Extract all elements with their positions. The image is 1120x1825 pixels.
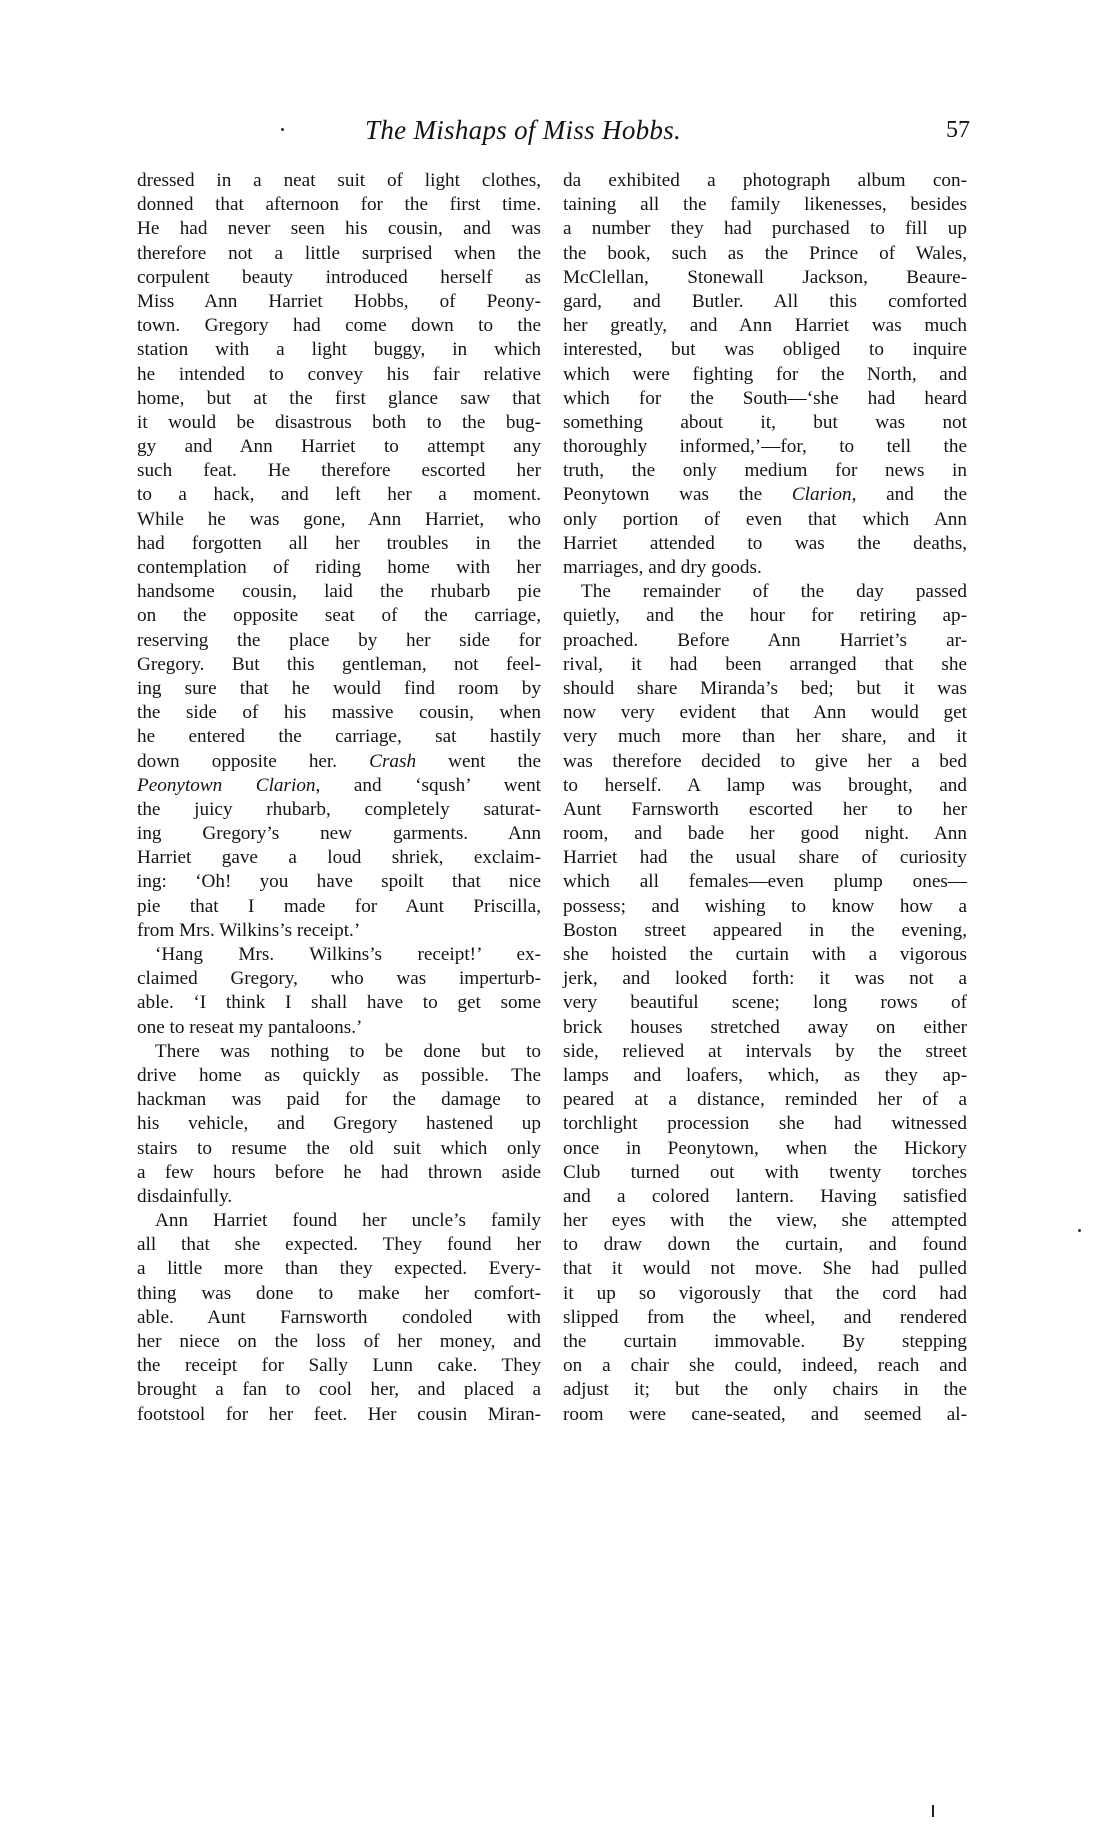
line-text: rival, it had been arranged that she — [563, 654, 967, 675]
line-text: her eyes with the view, she attempted — [563, 1210, 967, 1231]
text-line: quietly, and the hour for retiring ap- — [563, 604, 967, 628]
line-text: While he was gone, Ann Harriet, who — [137, 509, 541, 530]
line-text: ing: ‘Oh! you have spoilt that nice — [137, 871, 541, 892]
text-line: thing was done to make her comfort- — [137, 1282, 541, 1306]
line-text: able. Aunt Farnsworth condoled with — [137, 1307, 541, 1328]
text-line: ing sure that he would find room by — [137, 677, 541, 701]
text-line: his vehicle, and Gregory hastened up — [137, 1112, 541, 1136]
line-text: once in Peonytown, when the Hickory — [563, 1138, 967, 1159]
line-text: which for the South—‘she had heard — [563, 388, 967, 409]
text-line: her niece on the loss of her money, and — [137, 1330, 541, 1354]
line-text: , and the — [852, 484, 967, 505]
text-line: truth, the only medium for news in — [563, 459, 967, 483]
line-text: marriages, and dry goods. — [563, 557, 762, 578]
line-text: had forgotten all her troubles in the — [137, 533, 541, 554]
text-line: town. Gregory had come down to the — [137, 314, 541, 338]
line-text: corpulent beauty introduced herself as — [137, 267, 541, 288]
line-text: on the opposite seat of the carriage, — [137, 605, 541, 626]
line-text: slipped from the wheel, and rendered — [563, 1307, 967, 1328]
text-line: very much more than her share, and it — [563, 725, 967, 749]
text-line: contemplation of riding home with her — [137, 556, 541, 580]
line-text: , and ‘sqush’ went — [316, 775, 542, 796]
line-text: Club turned out with twenty torches — [563, 1162, 967, 1183]
line-text: hackman was paid for the damage to — [137, 1089, 541, 1110]
line-text: which all females—even plump ones— — [563, 871, 967, 892]
line-text: now very evident that Ann would get — [563, 702, 967, 723]
line-text: which were fighting for the North, and — [563, 364, 967, 385]
text-line: something about it, but was not — [563, 411, 967, 435]
text-line: station with a light buggy, in which — [137, 338, 541, 362]
text-line: Gregory. But this gentleman, not feel- — [137, 653, 541, 677]
line-text: lamps and loafers, which, as they ap- — [563, 1065, 967, 1086]
line-text: thing was done to make her comfort- — [137, 1283, 541, 1304]
text-line: adjust it; but the only chairs in the — [563, 1378, 967, 1402]
text-line: the curtain immovable. By stepping — [563, 1330, 967, 1354]
line-text: He had never seen his cousin, and was — [137, 218, 541, 239]
italic-title: Clarion — [792, 484, 852, 505]
text-line: to a hack, and left her a moment. — [137, 483, 541, 507]
line-text: all that she expected. They found her — [137, 1234, 541, 1255]
line-text: McClellan, Stonewall Jackson, Beaure- — [563, 267, 967, 288]
line-text: was therefore decided to give her a bed — [563, 751, 967, 772]
line-text: went the — [416, 751, 541, 772]
line-text: room were cane-seated, and seemed al- — [563, 1404, 967, 1425]
line-text: one to reseat my pantaloons.’ — [137, 1017, 362, 1038]
line-text: taining all the family likenesses, besid… — [563, 194, 967, 215]
text-line: which all females—even plump ones— — [563, 870, 967, 894]
text-line: the side of his massive cousin, when — [137, 701, 541, 725]
line-text: quietly, and the hour for retiring ap- — [563, 605, 967, 626]
line-text: the receipt for Sally Lunn cake. They — [137, 1355, 541, 1376]
line-text: proached. Before Ann Harriet’s ar- — [563, 630, 967, 651]
line-text: the juicy rhubarb, completely saturat- — [137, 799, 541, 820]
text-line: home, but at the first glance saw that — [137, 387, 541, 411]
line-text: disdainfully. — [137, 1186, 232, 1207]
line-text: Harriet had the usual share of curiosity — [563, 847, 967, 868]
line-text: brought a fan to cool her, and placed a — [137, 1379, 541, 1400]
line-text: the book, such as the Prince of Wales, — [563, 243, 967, 264]
line-text: his vehicle, and Gregory hastened up — [137, 1113, 541, 1134]
text-column-left: dressed in a neat suit of light clothes,… — [137, 169, 541, 1427]
line-text: reserving the place by her side for — [137, 630, 541, 651]
line-text: the curtain immovable. By stepping — [563, 1331, 967, 1352]
line-text: Peonytown was the — [563, 484, 792, 505]
line-text: something about it, but was not — [563, 412, 967, 433]
text-line: able. ‘I think I shall have to get some — [137, 991, 541, 1015]
text-line: on the opposite seat of the carriage, — [137, 604, 541, 628]
text-line: interested, but was obliged to inquire — [563, 338, 967, 362]
line-text: contemplation of riding home with her — [137, 557, 541, 578]
text-line: her eyes with the view, she attempted — [563, 1209, 967, 1233]
text-line: dressed in a neat suit of light clothes, — [137, 169, 541, 193]
line-text: stairs to resume the old suit which only — [137, 1138, 541, 1159]
text-line: her greatly, and Ann Harriet was much — [563, 314, 967, 338]
text-line: brought a fan to cool her, and placed a — [137, 1378, 541, 1402]
text-line: reserving the place by her side for — [137, 629, 541, 653]
text-line: da exhibited a photograph album con- — [563, 169, 967, 193]
text-line: now very evident that Ann would get — [563, 701, 967, 725]
text-line: lamps and loafers, which, as they ap- — [563, 1064, 967, 1088]
text-line: pie that I made for Aunt Priscilla, — [137, 895, 541, 919]
line-text: torchlight procession she had witnessed — [563, 1113, 967, 1134]
text-line: jerk, and looked forth: it was not a — [563, 967, 967, 991]
text-line: he intended to convey his fair relative — [137, 363, 541, 387]
line-text: adjust it; but the only chairs in the — [563, 1379, 967, 1400]
line-text: it up so vigorously that the cord had — [563, 1283, 967, 1304]
text-line: corpulent beauty introduced herself as — [137, 266, 541, 290]
line-text: possess; and wishing to know how a — [563, 896, 967, 917]
line-text: on a chair she could, indeed, reach and — [563, 1355, 967, 1376]
text-line: ing: ‘Oh! you have spoilt that nice — [137, 870, 541, 894]
line-text: the side of his massive cousin, when — [137, 702, 541, 723]
line-text: handsome cousin, laid the rhubarb pie — [137, 581, 541, 602]
italic-title: Crash — [369, 751, 416, 772]
text-line: Miss Ann Harriet Hobbs, of Peony- — [137, 290, 541, 314]
text-line: peared at a distance, reminded her of a — [563, 1088, 967, 1112]
line-text: da exhibited a photograph album con- — [563, 170, 967, 191]
page-number: 57 — [946, 112, 970, 148]
text-line: only portion of even that which Ann — [563, 508, 967, 532]
line-text: Harriet gave a loud shriek, exclaim- — [137, 847, 541, 868]
scan-speck — [281, 128, 284, 131]
line-text: to a hack, and left her a moment. — [137, 484, 541, 505]
line-text: gy and Ann Harriet to attempt any — [137, 436, 541, 457]
line-text: able. ‘I think I shall have to get some — [137, 992, 541, 1013]
text-line: taining all the family likenesses, besid… — [563, 193, 967, 217]
text-line: Aunt Farnsworth escorted her to her — [563, 798, 967, 822]
line-text: her niece on the loss of her money, and — [137, 1331, 541, 1352]
line-text: home, but at the first glance saw that — [137, 388, 541, 409]
text-line: donned that afternoon for the first time… — [137, 193, 541, 217]
line-text: claimed Gregory, who was imperturb- — [137, 968, 541, 989]
text-line: side, relieved at intervals by the stree… — [563, 1040, 967, 1064]
line-text: such feat. He therefore escorted her — [137, 460, 541, 481]
text-line: to draw down the curtain, and found — [563, 1233, 967, 1257]
text-line: stairs to resume the old suit which only — [137, 1137, 541, 1161]
text-line: torchlight procession she had witnessed — [563, 1112, 967, 1136]
running-head: The Mishaps of Miss Hobbs. 57 — [0, 112, 1120, 148]
line-text: very much more than her share, and it — [563, 726, 967, 747]
text-line: down opposite her. Crash went the — [137, 750, 541, 774]
text-line: marriages, and dry goods. — [563, 556, 967, 580]
line-text: Harriet attended to was the deaths, — [563, 533, 967, 554]
line-text: from Mrs. Wilkins’s receipt.’ — [137, 920, 360, 941]
text-line: The remainder of the day passed — [563, 580, 967, 604]
line-text: station with a light buggy, in which — [137, 339, 541, 360]
line-text: her greatly, and Ann Harriet was much — [563, 315, 967, 336]
line-text: Gregory. But this gentleman, not feel- — [137, 654, 541, 675]
text-line: disdainfully. — [137, 1185, 541, 1209]
text-line: ‘Hang Mrs. Wilkins’s receipt!’ ex- — [137, 943, 541, 967]
line-text: a few hours before he had thrown aside — [137, 1162, 541, 1183]
text-line: such feat. He therefore escorted her — [137, 459, 541, 483]
line-text: room, and bade her good night. Ann — [563, 823, 967, 844]
line-text: donned that afternoon for the first time… — [137, 194, 541, 215]
line-text: only portion of even that which Ann — [563, 509, 967, 530]
text-line: one to reseat my pantaloons.’ — [137, 1016, 541, 1040]
text-line: it would be disastrous both to the bug- — [137, 411, 541, 435]
text-line: footstool for her feet. Her cousin Miran… — [137, 1403, 541, 1427]
italic-title: Peonytown Clarion — [137, 775, 316, 796]
line-text: truth, the only medium for news in — [563, 460, 967, 481]
text-line: Club turned out with twenty torches — [563, 1161, 967, 1185]
text-line: should share Miranda’s bed; but it was — [563, 677, 967, 701]
text-line: to herself. A lamp was brought, and — [563, 774, 967, 798]
line-text: therefore not a little surprised when th… — [137, 243, 541, 264]
scan-speck — [1078, 1229, 1081, 1232]
line-text: very beautiful scene; long rows of — [563, 992, 967, 1013]
text-line: thoroughly informed,’—for, to tell the — [563, 435, 967, 459]
text-line: There was nothing to be done but to — [137, 1040, 541, 1064]
text-line: which for the South—‘she had heard — [563, 387, 967, 411]
text-line: gy and Ann Harriet to attempt any — [137, 435, 541, 459]
line-text: Boston street appeared in the evening, — [563, 920, 967, 941]
text-column-right: da exhibited a photograph album con-tain… — [563, 169, 967, 1427]
text-line: Harriet attended to was the deaths, — [563, 532, 967, 556]
line-text: pie that I made for Aunt Priscilla, — [137, 896, 541, 917]
running-title: The Mishaps of Miss Hobbs. — [365, 112, 681, 148]
text-line: room, and bade her good night. Ann — [563, 822, 967, 846]
line-text: to herself. A lamp was brought, and — [563, 775, 967, 796]
line-text: ‘Hang Mrs. Wilkins’s receipt!’ ex- — [155, 944, 541, 965]
text-line: gard, and Butler. All this comforted — [563, 290, 967, 314]
line-text: a little more than they expected. Every- — [137, 1258, 541, 1279]
text-line: Peonytown was the Clarion, and the — [563, 483, 967, 507]
line-text: interested, but was obliged to inquire — [563, 339, 967, 360]
text-line: slipped from the wheel, and rendered — [563, 1306, 967, 1330]
text-line: hackman was paid for the damage to — [137, 1088, 541, 1112]
text-line: and a colored lantern. Having satisfied — [563, 1185, 967, 1209]
text-line: claimed Gregory, who was imperturb- — [137, 967, 541, 991]
line-text: she hoisted the curtain with a vigorous — [563, 944, 967, 965]
text-line: had forgotten all her troubles in the — [137, 532, 541, 556]
line-text: footstool for her feet. Her cousin Miran… — [137, 1404, 541, 1425]
line-text: Aunt Farnsworth escorted her to her — [563, 799, 967, 820]
line-text: it would be disastrous both to the bug- — [137, 412, 541, 433]
text-line: once in Peonytown, when the Hickory — [563, 1137, 967, 1161]
line-text: jerk, and looked forth: it was not a — [563, 968, 967, 989]
line-text: brick houses stretched away on either — [563, 1017, 967, 1038]
text-line: able. Aunt Farnsworth condoled with — [137, 1306, 541, 1330]
text-line: the juicy rhubarb, completely saturat- — [137, 798, 541, 822]
text-line: a little more than they expected. Every- — [137, 1257, 541, 1281]
text-line: that it would not move. She had pulled — [563, 1257, 967, 1281]
line-text: that it would not move. She had pulled — [563, 1258, 967, 1279]
text-line: While he was gone, Ann Harriet, who — [137, 508, 541, 532]
text-line: which were fighting for the North, and — [563, 363, 967, 387]
text-line: the receipt for Sally Lunn cake. They — [137, 1354, 541, 1378]
line-text: should share Miranda’s bed; but it was — [563, 678, 967, 699]
line-text: ing sure that he would find room by — [137, 678, 541, 699]
text-line: very beautiful scene; long rows of — [563, 991, 967, 1015]
scan-mark — [932, 1805, 934, 1817]
line-text: Miss Ann Harriet Hobbs, of Peony- — [137, 291, 541, 312]
text-line: a number they had purchased to fill up — [563, 217, 967, 241]
text-line: room were cane-seated, and seemed al- — [563, 1403, 967, 1427]
text-line: was therefore decided to give her a bed — [563, 750, 967, 774]
text-line: brick houses stretched away on either — [563, 1016, 967, 1040]
text-line: therefore not a little surprised when th… — [137, 242, 541, 266]
text-line: Harriet had the usual share of curiosity — [563, 846, 967, 870]
text-line: he entered the carriage, sat hastily — [137, 725, 541, 749]
text-line: ing Gregory’s new garments. Ann — [137, 822, 541, 846]
text-line: He had never seen his cousin, and was — [137, 217, 541, 241]
line-text: thoroughly informed,’—for, to tell the — [563, 436, 967, 457]
text-line: possess; and wishing to know how a — [563, 895, 967, 919]
text-line: the book, such as the Prince of Wales, — [563, 242, 967, 266]
text-line: McClellan, Stonewall Jackson, Beaure- — [563, 266, 967, 290]
text-line: drive home as quickly as possible. The — [137, 1064, 541, 1088]
text-line: Ann Harriet found her uncle’s family — [137, 1209, 541, 1233]
text-line: it up so vigorously that the cord had — [563, 1282, 967, 1306]
line-text: Ann Harriet found her uncle’s family — [155, 1210, 541, 1231]
line-text: gard, and Butler. All this comforted — [563, 291, 967, 312]
text-line: Peonytown Clarion, and ‘sqush’ went — [137, 774, 541, 798]
text-line: proached. Before Ann Harriet’s ar- — [563, 629, 967, 653]
text-line: all that she expected. They found her — [137, 1233, 541, 1257]
line-text: a number they had purchased to fill up — [563, 218, 967, 239]
line-text: he entered the carriage, sat hastily — [137, 726, 541, 747]
text-line: rival, it had been arranged that she — [563, 653, 967, 677]
line-text: he intended to convey his fair relative — [137, 364, 541, 385]
line-text: drive home as quickly as possible. The — [137, 1065, 541, 1086]
line-text: down opposite her. — [137, 751, 369, 772]
line-text: peared at a distance, reminded her of a — [563, 1089, 967, 1110]
text-line: Harriet gave a loud shriek, exclaim- — [137, 846, 541, 870]
text-line: Boston street appeared in the evening, — [563, 919, 967, 943]
line-text: dressed in a neat suit of light clothes, — [137, 170, 541, 191]
line-text: ing Gregory’s new garments. Ann — [137, 823, 541, 844]
line-text: to draw down the curtain, and found — [563, 1234, 967, 1255]
line-text: side, relieved at intervals by the stree… — [563, 1041, 967, 1062]
text-line: a few hours before he had thrown aside — [137, 1161, 541, 1185]
text-line: she hoisted the curtain with a vigorous — [563, 943, 967, 967]
text-line: from Mrs. Wilkins’s receipt.’ — [137, 919, 541, 943]
line-text: town. Gregory had come down to the — [137, 315, 541, 336]
text-line: handsome cousin, laid the rhubarb pie — [137, 580, 541, 604]
text-line: on a chair she could, indeed, reach and — [563, 1354, 967, 1378]
line-text: The remainder of the day passed — [581, 581, 967, 602]
line-text: There was nothing to be done but to — [155, 1041, 541, 1062]
line-text: and a colored lantern. Having satisfied — [563, 1186, 967, 1207]
